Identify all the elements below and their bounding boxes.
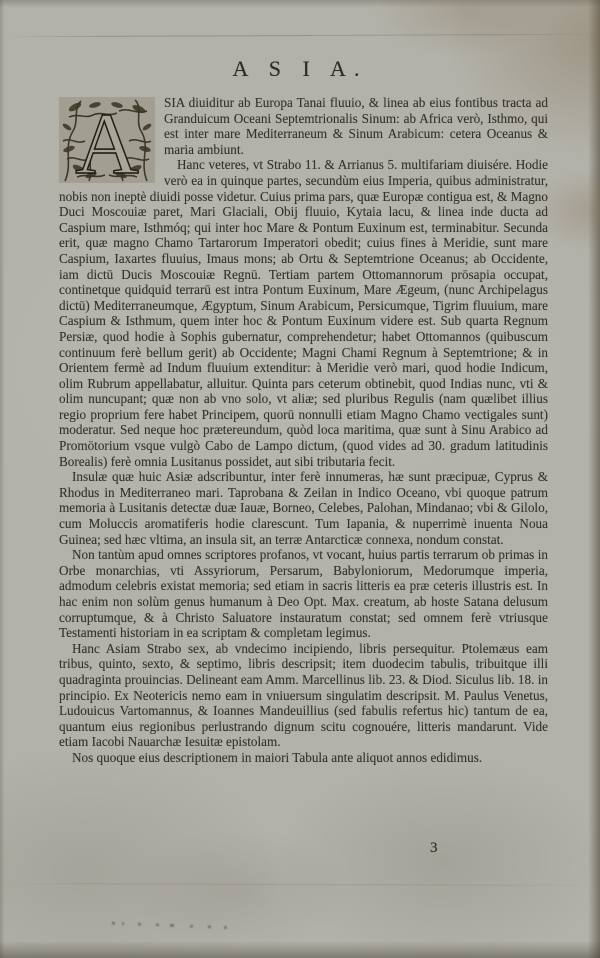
ink-smudge [112, 919, 234, 932]
page-title: A S I A. [0, 56, 600, 82]
drop-cap-woodcut: A [59, 97, 155, 183]
paragraph-five-parts: Hanc veteres, vt Strabo 11. & Arrianus 5… [59, 157, 548, 469]
paragraph-intro: A SIA diuiditur ab Europa Tanai fluuio, … [59, 95, 548, 157]
paper-crease-bottom [0, 883, 600, 886]
paragraph-closing: Nos quoque eius descriptionem in maiori … [59, 750, 548, 766]
paragraph-islands: Insulæ quæ huic Asiæ adscribuntur, inter… [59, 469, 548, 547]
drop-cap-letter: A [75, 97, 139, 183]
text-block: A SIA diuiditur ab Europa Tanai fluuio, … [59, 95, 548, 766]
paragraph-authors: Hanc Asiam Strabo sex, ab vndecimo incip… [59, 641, 548, 750]
page-number: 3 [430, 840, 438, 857]
book-page-scan: A S I A. [0, 0, 600, 958]
paragraph-scripture: Non tantùm apud omnes scriptores profano… [59, 547, 548, 641]
paragraph-intro-text: SIA diuiditur ab Europa Tanai fluuio, & … [164, 95, 548, 157]
paper-crease-top [0, 34, 600, 38]
